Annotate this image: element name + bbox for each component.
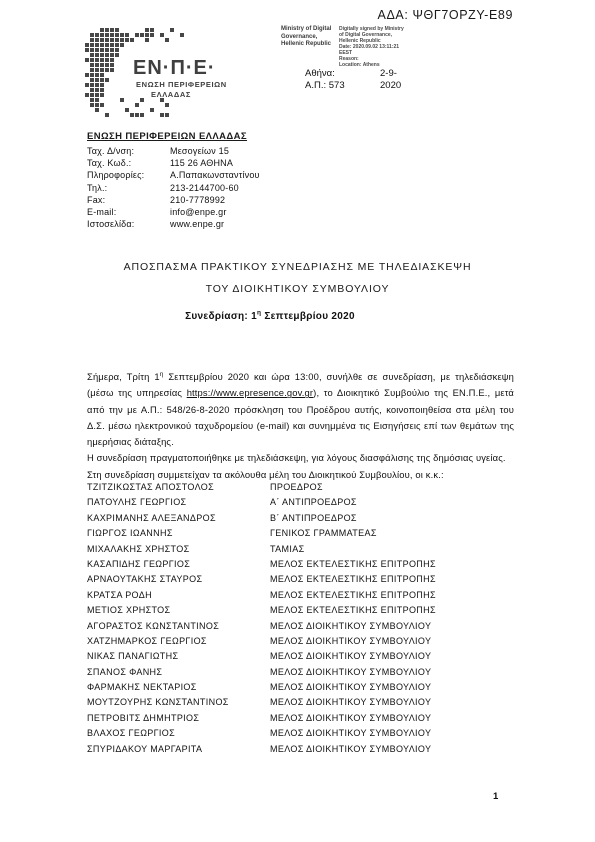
member-role: Α΄ ΑΝΤΙΠΡΟΕΔΡΟΣ [270, 497, 357, 507]
logo-subtitle-2: ΕΛΛΑΔΑΣ [151, 90, 227, 99]
contact-value: 210-7778992 [170, 195, 225, 205]
contact-row: Τηλ.: 213-2144700-60 [87, 183, 327, 195]
logo-text: ΕΝ·Π·Ε· ΕΝΩΣΗ ΠΕΡΙΦΕΡΕΙΩΝ ΕΛΛΑΔΑΣ [133, 58, 227, 99]
member-role: ΜΕΛΟΣ ΕΚΤΕΛΕΣΤΙΚΗΣ ΕΠΙΤΡΟΠΗΣ [270, 605, 436, 615]
contact-value: www.enpe.gr [170, 219, 224, 229]
contact-label: Ταχ. Κωδ.: [87, 158, 131, 168]
session-date-line: Συνεδρίαση: 1η Σεπτεμβρίου 2020 [0, 311, 540, 322]
member-role: ΜΕΛΟΣ ΔΙΟΙΚΗΤΙΚΟΥ ΣΥΜΒΟΥΛΙΟΥ [270, 682, 431, 692]
member-row: ΚΑΧΡΙΜΑΝΗΣ ΑΛΕΞΑΝΔΡΟΣ Β΄ ΑΝΤΙΠΡΟΕΔΡΟΣ [87, 513, 514, 528]
body-text: Σήμερα, Τρίτη 1η Σεπτεμβρίου 2020 και ώρ… [87, 369, 514, 483]
member-row: ΣΠΥΡΙΔΑΚΟΥ ΜΑΡΓΑΡΙΤΑ ΜΕΛΟΣ ΔΙΟΙΚΗΤΙΚΟΥ Σ… [87, 744, 514, 759]
org-heading: ΕΝΩΣΗ ΠΕΡΙΦΕΡΕΙΩΝ ΕΛΛΑΔΑΣ [87, 131, 327, 142]
member-name: ΜΟΥΤΖΟΥΡΗΣ ΚΩΝΣΤΑΝΤΙΝΟΣ [87, 697, 229, 707]
member-name: ΚΑΣΑΠΙΔΗΣ ΓΕΩΡΓΙΟΣ [87, 559, 190, 569]
member-name: ΑΓΟΡΑΣΤΟΣ ΚΩΝΣΤΑΝΤΙΝΟΣ [87, 621, 219, 631]
page-number: 1 [493, 791, 498, 802]
member-name: ΣΠΥΡΙΔΑΚΟΥ ΜΑΡΓΑΡΙΤΑ [87, 744, 202, 754]
contact-row: E-mail: info@enpe.gr [87, 207, 327, 219]
member-role: ΠΡΟΕΔΡΟΣ [270, 482, 323, 492]
ada-code: ΑΔΑ: ΨΘΓ7ΟΡΖΥ-Ε89 [378, 8, 513, 22]
member-name: ΧΑΤΖΗΜΑΡΚΟΣ ΓΕΩΡΓΙΟΣ [87, 636, 207, 646]
member-name: ΚΡΑΤΣΑ ΡΟΔΗ [87, 590, 152, 600]
member-name: ΤΖΙΤΖΙΚΩΣΤΑΣ ΑΠΟΣΤΟΛΟΣ [87, 482, 214, 492]
member-row: ΠΑΤΟΥΛΗΣ ΓΕΩΡΓΙΟΣ Α΄ ΑΝΤΙΠΡΟΕΔΡΟΣ [87, 497, 514, 512]
contact-label: E-mail: [87, 207, 116, 217]
contact-label: Πληροφορίες: [87, 170, 144, 180]
member-role: ΜΕΛΟΣ ΔΙΟΙΚΗΤΙΚΟΥ ΣΥΜΒΟΥΛΙΟΥ [270, 667, 431, 677]
document-title-line2: ΤΟΥ ΔΙΟΙΚΗΤΙΚΟΥ ΣΥΜΒΟΥΛΙΟΥ [0, 283, 595, 295]
contact-value: info@enpe.gr [170, 207, 227, 217]
contact-row: Πληροφορίες: Α.Παπακωνσταντίνου [87, 170, 327, 182]
session-suffix: Σεπτεμβρίου 2020 [261, 311, 355, 322]
document-title-line1: ΑΠΟΣΠΑΣΜΑ ΠΡΑΚΤΙΚΟΥ ΣΥΝΕΔΡΙΑΣΗΣ ΜΕ ΤΗΛΕΔ… [0, 261, 595, 273]
member-role: ΜΕΛΟΣ ΕΚΤΕΛΕΣΤΙΚΗΣ ΕΠΙΤΡΟΠΗΣ [270, 590, 436, 600]
member-row: ΑΡΝΑΟΥΤΑΚΗΣ ΣΤΑΥΡΟΣ ΜΕΛΟΣ ΕΚΤΕΛΕΣΤΙΚΗΣ Ε… [87, 574, 514, 589]
member-name: ΣΠΑΝΟΣ ΦΑΝΗΣ [87, 667, 162, 677]
member-role: ΤΑΜΙΑΣ [270, 544, 305, 554]
paragraph-3: Στη συνεδρίαση συμμετείχαν τα ακόλουθα μ… [87, 467, 514, 483]
member-name: ΝΙΚΑΣ ΠΑΝΑΓΙΩΤΗΣ [87, 651, 178, 661]
member-name: ΚΑΧΡΙΜΑΝΗΣ ΑΛΕΞΑΝΔΡΟΣ [87, 513, 216, 523]
member-row: ΧΑΤΖΗΜΑΡΚΟΣ ΓΕΩΡΓΙΟΣ ΜΕΛΟΣ ΔΙΟΙΚΗΤΙΚΟΥ Σ… [87, 636, 514, 651]
contact-value: Α.Παπακωνσταντίνου [170, 170, 260, 180]
member-name: ΑΡΝΑΟΥΤΑΚΗΣ ΣΤΑΥΡΟΣ [87, 574, 202, 584]
board-members-list: ΤΖΙΤΖΙΚΩΣΤΑΣ ΑΠΟΣΤΟΛΟΣ ΠΡΟΕΔΡΟΣ ΠΑΤΟΥΛΗΣ… [87, 482, 514, 759]
member-role: ΜΕΛΟΣ ΔΙΟΙΚΗΤΙΚΟΥ ΣΥΜΒΟΥΛΙΟΥ [270, 621, 431, 631]
protocol-value: 573 [329, 80, 345, 91]
digital-signature-block: Ministry of Digital Governance, Hellenic… [281, 26, 451, 68]
org-contact-block: ΕΝΩΣΗ ΠΕΡΙΦΕΡΕΙΩΝ ΕΛΛΑΔΑΣ Ταχ. Δ/νση: Με… [87, 131, 327, 231]
member-name: ΠΕΤΡΟΒΙΤΣ ΔΗΜΗΤΡΙΟΣ [87, 713, 199, 723]
member-row: ΠΕΤΡΟΒΙΤΣ ΔΗΜΗΤΡΙΟΣ ΜΕΛΟΣ ΔΙΟΙΚΗΤΙΚΟΥ ΣΥ… [87, 713, 514, 728]
signature-details: Digitally signed by Ministry of Digital … [339, 26, 439, 68]
member-role: ΓΕΝΙΚΟΣ ΓΡΑΜΜΑΤΕΑΣ [270, 528, 377, 538]
contact-value: 115 26 ΑΘΗΝΑ [170, 158, 233, 168]
member-role: ΜΕΛΟΣ ΕΚΤΕΛΕΣΤΙΚΗΣ ΕΠΙΤΡΟΠΗΣ [270, 559, 436, 569]
contact-label: Ταχ. Δ/νση: [87, 146, 134, 156]
contact-row: Ταχ. Δ/νση: Μεσογείων 15 [87, 146, 327, 158]
paragraph-1: Σήμερα, Τρίτη 1η Σεπτεμβρίου 2020 και ώρ… [87, 369, 514, 450]
date-protocol-block: Αθήνα: 2-9-2020 Α.Π.: 573 [305, 68, 345, 92]
logo-acronym: ΕΝ·Π·Ε· [133, 58, 227, 78]
member-role: ΜΕΛΟΣ ΔΙΟΙΚΗΤΙΚΟΥ ΣΥΜΒΟΥΛΙΟΥ [270, 651, 431, 661]
document-page: ΑΔΑ: ΨΘΓ7ΟΡΖΥ-Ε89 Ministry of Digital Go… [0, 0, 595, 842]
logo-subtitle-1: ΕΝΩΣΗ ΠΕΡΙΦΕΡΕΙΩΝ [136, 80, 227, 89]
p1-seg1: Σήμερα, Τρίτη 1 [87, 371, 160, 382]
member-row: ΤΖΙΤΖΙΚΩΣΤΑΣ ΑΠΟΣΤΟΛΟΣ ΠΡΟΕΔΡΟΣ [87, 482, 514, 497]
member-row: ΑΓΟΡΑΣΤΟΣ ΚΩΝΣΤΑΝΤΙΝΟΣ ΜΕΛΟΣ ΔΙΟΙΚΗΤΙΚΟΥ… [87, 621, 514, 636]
session-prefix: Συνεδρίαση: 1 [185, 311, 257, 322]
epresence-link[interactable]: https://www.epresence.gov.gr [187, 387, 313, 398]
member-name: ΜΕΤΙΟΣ ΧΡΗΣΤΟΣ [87, 605, 170, 615]
contact-value: 213-2144700-60 [170, 183, 239, 193]
date-row: Αθήνα: 2-9-2020 [305, 68, 345, 80]
contact-label: Fax: [87, 195, 105, 205]
signature-authority: Ministry of Digital Governance, Hellenic… [281, 26, 335, 68]
member-role: ΜΕΛΟΣ ΔΙΟΙΚΗΤΙΚΟΥ ΣΥΜΒΟΥΛΙΟΥ [270, 728, 431, 738]
member-role: ΜΕΛΟΣ ΕΚΤΕΛΕΣΤΙΚΗΣ ΕΠΙΤΡΟΠΗΣ [270, 574, 436, 584]
contact-label: Ιστοσελίδα: [87, 219, 134, 229]
member-name: ΠΑΤΟΥΛΗΣ ΓΕΩΡΓΙΟΣ [87, 497, 186, 507]
member-row: ΒΛΑΧΟΣ ΓΕΩΡΓΙΟΣ ΜΕΛΟΣ ΔΙΟΙΚΗΤΙΚΟΥ ΣΥΜΒΟΥ… [87, 728, 514, 743]
paragraph-2: Η συνεδρίαση πραγματοποιήθηκε με τηλεδιά… [87, 450, 514, 466]
contact-row: Ιστοσελίδα: www.enpe.gr [87, 219, 327, 231]
member-name: ΜΙΧΑΛΑΚΗΣ ΧΡΗΣΤΟΣ [87, 544, 190, 554]
city-label: Αθήνα: [305, 68, 335, 79]
member-name: ΒΛΑΧΟΣ ΓΕΩΡΓΙΟΣ [87, 728, 175, 738]
member-row: ΝΙΚΑΣ ΠΑΝΑΓΙΩΤΗΣ ΜΕΛΟΣ ΔΙΟΙΚΗΤΙΚΟΥ ΣΥΜΒΟ… [87, 651, 514, 666]
contact-value: Μεσογείων 15 [170, 146, 229, 156]
member-row: ΜΟΥΤΖΟΥΡΗΣ ΚΩΝΣΤΑΝΤΙΝΟΣ ΜΕΛΟΣ ΔΙΟΙΚΗΤΙΚΟ… [87, 697, 514, 712]
member-role: ΜΕΛΟΣ ΔΙΟΙΚΗΤΙΚΟΥ ΣΥΜΒΟΥΛΙΟΥ [270, 697, 431, 707]
contact-row: Fax: 210-7778992 [87, 195, 327, 207]
member-row: ΚΑΣΑΠΙΔΗΣ ΓΕΩΡΓΙΟΣ ΜΕΛΟΣ ΕΚΤΕΛΕΣΤΙΚΗΣ ΕΠ… [87, 559, 514, 574]
member-role: ΜΕΛΟΣ ΔΙΟΙΚΗΤΙΚΟΥ ΣΥΜΒΟΥΛΙΟΥ [270, 636, 431, 646]
member-name: ΓΙΩΡΓΟΣ ΙΩΑΝΝΗΣ [87, 528, 173, 538]
protocol-row: Α.Π.: 573 [305, 80, 345, 92]
member-name: ΦΑΡΜΑΚΗΣ ΝΕΚΤΑΡΙΟΣ [87, 682, 197, 692]
member-row: ΚΡΑΤΣΑ ΡΟΔΗ ΜΕΛΟΣ ΕΚΤΕΛΕΣΤΙΚΗΣ ΕΠΙΤΡΟΠΗΣ [87, 590, 514, 605]
member-role: Β΄ ΑΝΤΙΠΡΟΕΔΡΟΣ [270, 513, 357, 523]
member-row: ΜΕΤΙΟΣ ΧΡΗΣΤΟΣ ΜΕΛΟΣ ΕΚΤΕΛΕΣΤΙΚΗΣ ΕΠΙΤΡΟ… [87, 605, 514, 620]
protocol-label: Α.Π.: [305, 80, 326, 91]
member-row: ΣΠΑΝΟΣ ΦΑΝΗΣ ΜΕΛΟΣ ΔΙΟΙΚΗΤΙΚΟΥ ΣΥΜΒΟΥΛΙΟ… [87, 667, 514, 682]
member-role: ΜΕΛΟΣ ΔΙΟΙΚΗΤΙΚΟΥ ΣΥΜΒΟΥΛΙΟΥ [270, 713, 431, 723]
member-row: ΓΙΩΡΓΟΣ ΙΩΑΝΝΗΣ ΓΕΝΙΚΟΣ ΓΡΑΜΜΑΤΕΑΣ [87, 528, 514, 543]
member-row: ΜΙΧΑΛΑΚΗΣ ΧΡΗΣΤΟΣ ΤΑΜΙΑΣ [87, 544, 514, 559]
date-value: 2-9-2020 [380, 68, 401, 92]
contact-label: Τηλ.: [87, 183, 107, 193]
member-row: ΦΑΡΜΑΚΗΣ ΝΕΚΤΑΡΙΟΣ ΜΕΛΟΣ ΔΙΟΙΚΗΤΙΚΟΥ ΣΥΜ… [87, 682, 514, 697]
enpe-logo: ΕΝ·Π·Ε· ΕΝΩΣΗ ΠΕΡΙΦΕΡΕΙΩΝ ΕΛΛΑΔΑΣ [85, 28, 260, 120]
contact-list: Ταχ. Δ/νση: Μεσογείων 15 Ταχ. Κωδ.: 115 … [87, 146, 327, 231]
member-role: ΜΕΛΟΣ ΔΙΟΙΚΗΤΙΚΟΥ ΣΥΜΒΟΥΛΙΟΥ [270, 744, 431, 754]
contact-row: Ταχ. Κωδ.: 115 26 ΑΘΗΝΑ [87, 158, 327, 170]
